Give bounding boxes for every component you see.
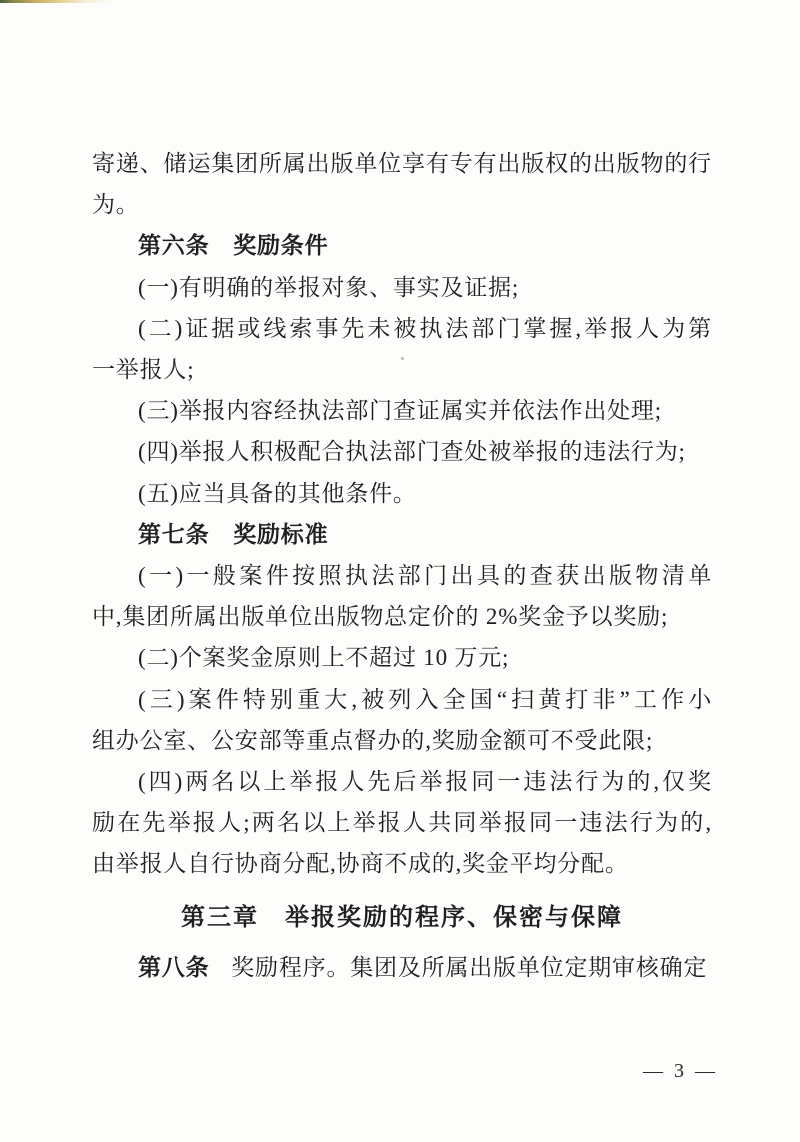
article-7-heading: 第七条 奖励标准 — [92, 514, 712, 555]
text-line: (二)个案奖金原则上不超过 10 万元; — [92, 637, 712, 678]
text-line: 组办公室、公安部等重点督办的,奖励金额可不受此限; — [92, 720, 712, 761]
text-line: (五)应当具备的其他条件。 — [92, 473, 712, 514]
page-number: — 3 — — [643, 1060, 718, 1082]
text-line: 由举报人自行协商分配,协商不成的,奖金平均分配。 — [92, 843, 712, 884]
text-line: 励在先举报人;两名以上举报人共同举报同一违法行为的, — [92, 802, 712, 843]
text-line: 寄递、储运集团所属出版单位享有专有出版权的出版物的行 — [92, 143, 712, 184]
article-6-heading: 第六条 奖励条件 — [92, 225, 712, 266]
text-line: (二)证据或线索事先未被执法部门掌握,举报人为第 — [92, 308, 712, 349]
article-8-number: 第八条 — [138, 955, 209, 980]
text-line: (一)一般案件按照执法部门出具的查获出版物清单 — [92, 555, 712, 596]
page-footer: — 3 — — [643, 1060, 718, 1083]
article-8-text: 奖励程序。集团及所属出版单位定期审核确定 — [231, 955, 707, 980]
text-line: 为。 — [92, 184, 712, 225]
text-line: (四)两名以上举报人先后举报同一违法行为的,仅奖 — [92, 761, 712, 802]
article-8-line: 第八条奖励程序。集团及所属出版单位定期审核确定 — [92, 947, 712, 988]
text-line: 一举报人; — [92, 349, 712, 390]
text-line: (三)案件特别重大,被列入全国“扫黄打非”工作小 — [92, 679, 712, 720]
text-line: (四)举报人积极配合执法部门查处被举报的违法行为; — [92, 431, 712, 472]
text-line: (一)有明确的举报对象、事实及证据; — [92, 267, 712, 308]
text-line: (三)举报内容经执法部门查证属实并依法作出处理; — [92, 390, 712, 431]
scan-edge-artifact — [0, 0, 132, 3]
chapter-3-heading: 第三章 举报奖励的程序、保密与保障 — [92, 897, 712, 938]
document-content: 寄递、储运集团所属出版单位享有专有出版权的出版物的行 为。 第六条 奖励条件 (… — [92, 143, 712, 988]
scan-speck — [401, 357, 404, 360]
text-line: 中,集团所属出版单位出版物总定价的 2%奖金予以奖励; — [92, 596, 712, 637]
scanned-document-page: 寄递、储运集团所属出版单位享有专有出版权的出版物的行 为。 第六条 奖励条件 (… — [0, 0, 800, 1142]
